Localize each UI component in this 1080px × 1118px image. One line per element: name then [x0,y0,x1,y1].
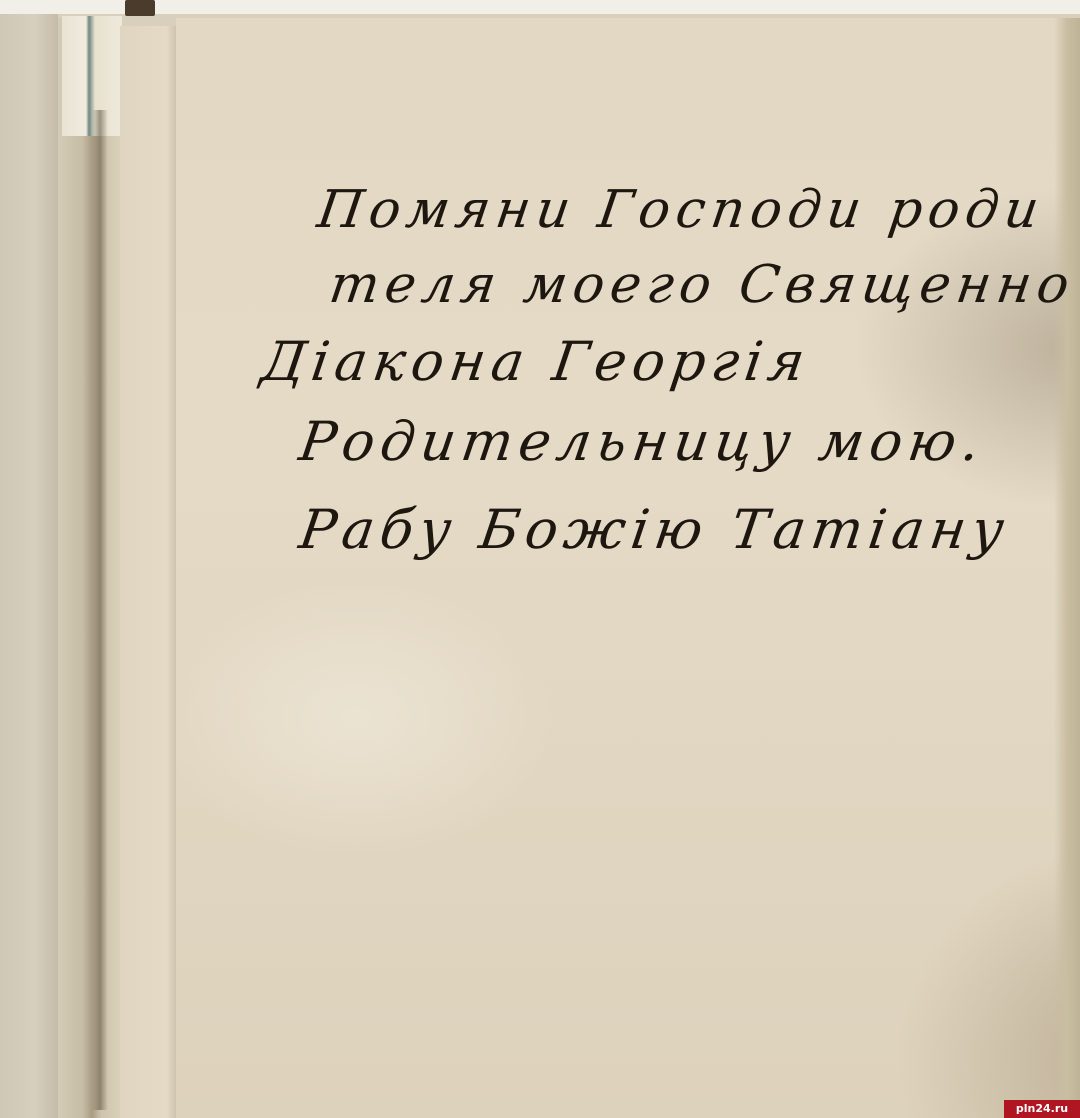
inscription-line-1: Помяни Господи роди [314,180,1049,240]
inscription-line-2: теля моего Священно [326,255,1079,315]
scanned-book-spread: Помяни Господи роди теля моего Священно … [0,0,1080,1118]
handwritten-inscription: Помяни Господи роди теля моего Священно … [0,0,1080,1118]
site-watermark: pln24.ru [1004,1100,1080,1118]
inscription-line-3: Діакона Георгія [258,330,815,393]
inscription-line-5: Рабу Божію Татіану [296,498,1014,561]
inscription-line-4: Родительницу мою. [296,410,990,473]
